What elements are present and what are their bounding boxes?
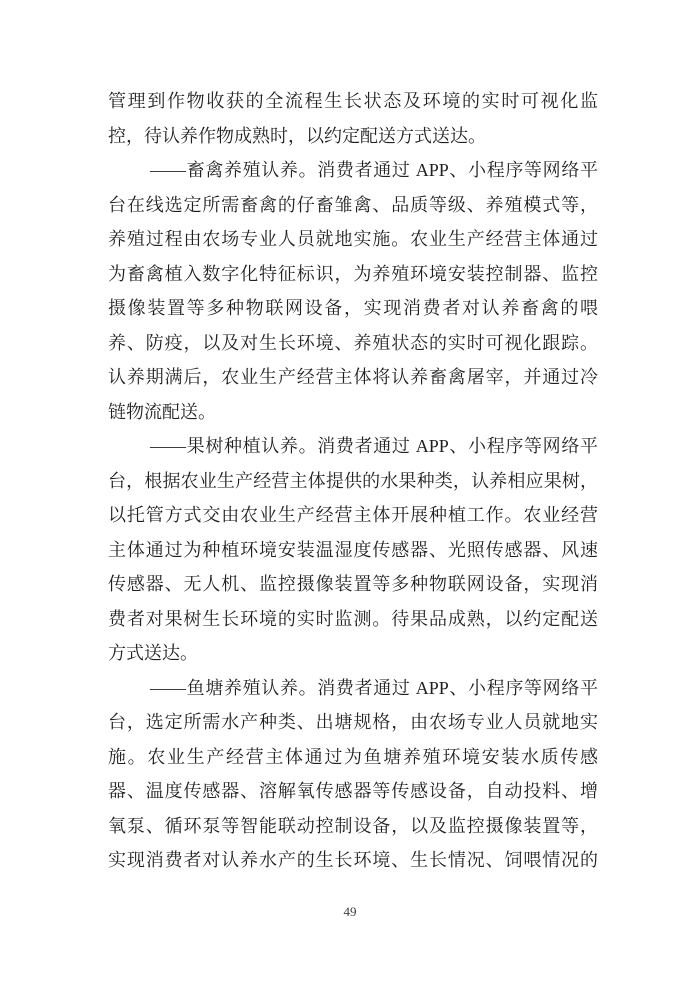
document-page: 管理到作物收获的全流程生长状态及环境的实时可视化监 控，待认养作物成熟时，以约定… bbox=[0, 0, 700, 990]
text-line: ——畜禽养殖认养。消费者通过 APP、小程序等网络平 bbox=[108, 153, 598, 188]
text-line: 以托管方式交由农业生产经营主体开展种植工作。农业经营 bbox=[108, 498, 598, 533]
page-number: 49 bbox=[0, 903, 700, 921]
text-line: 摄像装置等多种物联网设备，实现消费者对认养畜禽的喂 bbox=[108, 291, 598, 326]
text-line: 为畜禽植入数字化特征标识，为养殖环境安装控制器、监控 bbox=[108, 257, 598, 292]
text-line: 传感器、无人机、监控摄像装置等多种物联网设备，实现消 bbox=[108, 567, 598, 602]
text-line: 施。农业生产经营主体通过为鱼塘养殖环境安装水质传感 bbox=[108, 740, 598, 775]
document-body: 管理到作物收获的全流程生长状态及环境的实时可视化监 控，待认养作物成熟时，以约定… bbox=[108, 84, 598, 878]
text-line: 认养期满后，农业生产经营主体将认养畜禽屠宰，并通过冷 bbox=[108, 360, 598, 395]
text-line: 费者对果树生长环境的实时监测。待果品成熟，以约定配送 bbox=[108, 602, 598, 637]
text-line: 台，选定所需水产种类、出塘规格，由农场专业人员就地实 bbox=[108, 705, 598, 740]
text-line: 器、温度传感器、溶解氧传感器等传感设备，自动投料、增 bbox=[108, 774, 598, 809]
text-line: 实现消费者对认养水产的生长环境、生长情况、饲喂情况的 bbox=[108, 843, 598, 878]
text-line: 台在线选定所需畜禽的仔畜雏禽、品质等级、养殖模式等， bbox=[108, 188, 598, 223]
text-line: 方式送达。 bbox=[108, 636, 598, 671]
text-line: 养殖过程由农场专业人员就地实施。农业生产经营主体通过 bbox=[108, 222, 598, 257]
text-line: 养、防疫，以及对生长环境、养殖状态的实时可视化跟踪。 bbox=[108, 326, 598, 361]
text-line: 控，待认养作物成熟时，以约定配送方式送达。 bbox=[108, 119, 598, 154]
text-line: ——果树种植认养。消费者通过 APP、小程序等网络平 bbox=[108, 429, 598, 464]
text-line: 主体通过为种植环境安装温湿度传感器、光照传感器、风速 bbox=[108, 533, 598, 568]
text-line: 氧泵、循环泵等智能联动控制设备，以及监控摄像装置等， bbox=[108, 809, 598, 844]
text-line: 链物流配送。 bbox=[108, 395, 598, 430]
text-line: ——鱼塘养殖认养。消费者通过 APP、小程序等网络平 bbox=[108, 671, 598, 706]
text-line: 管理到作物收获的全流程生长状态及环境的实时可视化监 bbox=[108, 84, 598, 119]
text-line: 台，根据农业生产经营主体提供的水果种类，认养相应果树， bbox=[108, 464, 598, 499]
